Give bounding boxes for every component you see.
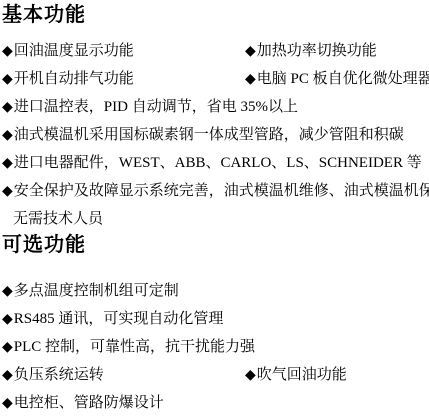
feature-row: ◆负压系统运转 ◆吹气回油功能: [2, 364, 429, 386]
feature-item: ◆进口温控表，PID 自动调节，省电 35%以上: [2, 96, 298, 119]
feature-item: ◆吹气回油功能: [245, 364, 347, 387]
bullet-diamond-icon: ◆: [2, 97, 13, 119]
bullet-diamond-icon: ◆: [245, 365, 256, 387]
feature-row: ◆RS485 通讯，可实现自动化管理: [2, 308, 429, 330]
feature-item: ◆负压系统运转: [2, 364, 104, 387]
feature-item: ◆回油温度显示功能: [2, 40, 134, 63]
feature-item: ◆安全保护及故障显示系统完善，油式模温机维修、油式模温机保养: [2, 180, 429, 203]
feature-item: ◆多点温度控制机组可定制: [2, 280, 179, 303]
feature-item: ◆油式模温机采用国标碳素钢一体成型管路，减少管阻和积碳: [2, 124, 404, 147]
bullet-diamond-icon: ◆: [2, 181, 13, 203]
feature-text: 无需技术人员: [13, 211, 103, 227]
feature-row: ◆多点温度控制机组可定制: [2, 280, 429, 302]
feature-text: 电脑 PC 板自优化微处理器: [257, 71, 429, 87]
bullet-diamond-icon: ◆: [2, 41, 13, 63]
feature-text: 回油温度显示功能: [14, 43, 134, 59]
bullet-diamond-icon: ◆: [245, 69, 256, 91]
feature-text: 吹气回油功能: [257, 367, 347, 383]
feature-row: ◆电控柜、管路防爆设计: [2, 392, 429, 414]
feature-text: 负压系统运转: [14, 367, 104, 383]
feature-item: ◆进口电器配件，WEST、ABB、CARLO、LS、SCHNEIDER 等: [2, 152, 422, 175]
feature-item: ◆电脑 PC 板自优化微处理器: [245, 68, 429, 91]
feature-text: 多点温度控制机组可定制: [14, 283, 179, 299]
bullet-diamond-icon: ◆: [245, 41, 256, 63]
bullet-diamond-icon: ◆: [2, 337, 13, 359]
feature-row: ◆PLC 控制，可靠性高，抗干扰能力强: [2, 336, 429, 358]
feature-document: 基本功能 ◆回油温度显示功能 ◆加热功率切换功能 ◆开机自动排气功能 ◆电脑 P…: [0, 0, 429, 418]
feature-item: ◆RS485 通讯，可实现自动化管理: [2, 308, 223, 331]
feature-row: ◆回油温度显示功能 ◆加热功率切换功能: [2, 40, 429, 62]
feature-text: 安全保护及故障显示系统完善，油式模温机维修、油式模温机保养: [14, 183, 429, 199]
bullet-diamond-icon: ◆: [2, 125, 13, 147]
feature-text: 进口温控表，PID 自动调节，省电 35%以上: [14, 99, 298, 115]
feature-text: 加热功率切换功能: [257, 43, 377, 59]
feature-row: ◆进口温控表，PID 自动调节，省电 35%以上: [2, 96, 429, 118]
feature-text: RS485 通讯，可实现自动化管理: [14, 311, 224, 327]
feature-item: 无需技术人员: [13, 208, 103, 230]
feature-item: ◆电控柜、管路防爆设计: [2, 392, 164, 415]
section-title-basic-functions: 基本功能: [2, 3, 86, 27]
feature-item: ◆PLC 控制，可靠性高，抗干扰能力强: [2, 336, 255, 359]
feature-item: ◆开机自动排气功能: [2, 68, 134, 91]
feature-text: 开机自动排气功能: [14, 71, 134, 87]
section-title-optional-functions: 可选功能: [2, 233, 86, 257]
bullet-diamond-icon: ◆: [2, 153, 13, 175]
feature-row: ◆油式模温机采用国标碳素钢一体成型管路，减少管阻和积碳: [2, 124, 429, 146]
feature-row: ◆进口电器配件，WEST、ABB、CARLO、LS、SCHNEIDER 等: [2, 152, 429, 174]
feature-text: PLC 控制，可靠性高，抗干扰能力强: [14, 339, 255, 355]
feature-item: ◆加热功率切换功能: [245, 40, 377, 63]
feature-text: 电控柜、管路防爆设计: [14, 395, 164, 411]
bullet-diamond-icon: ◆: [2, 281, 13, 303]
feature-text: 进口电器配件，WEST、ABB、CARLO、LS、SCHNEIDER 等: [14, 155, 422, 171]
feature-text: 油式模温机采用国标碳素钢一体成型管路，减少管阻和积碳: [14, 127, 404, 143]
bullet-diamond-icon: ◆: [2, 393, 13, 415]
bullet-diamond-icon: ◆: [2, 365, 13, 387]
bullet-diamond-icon: ◆: [2, 69, 13, 91]
bullet-diamond-icon: ◆: [2, 309, 13, 331]
feature-row-continuation: 无需技术人员: [2, 208, 429, 230]
feature-row: ◆安全保护及故障显示系统完善，油式模温机维修、油式模温机保养: [2, 180, 429, 202]
feature-row: ◆开机自动排气功能 ◆电脑 PC 板自优化微处理器: [2, 68, 429, 90]
